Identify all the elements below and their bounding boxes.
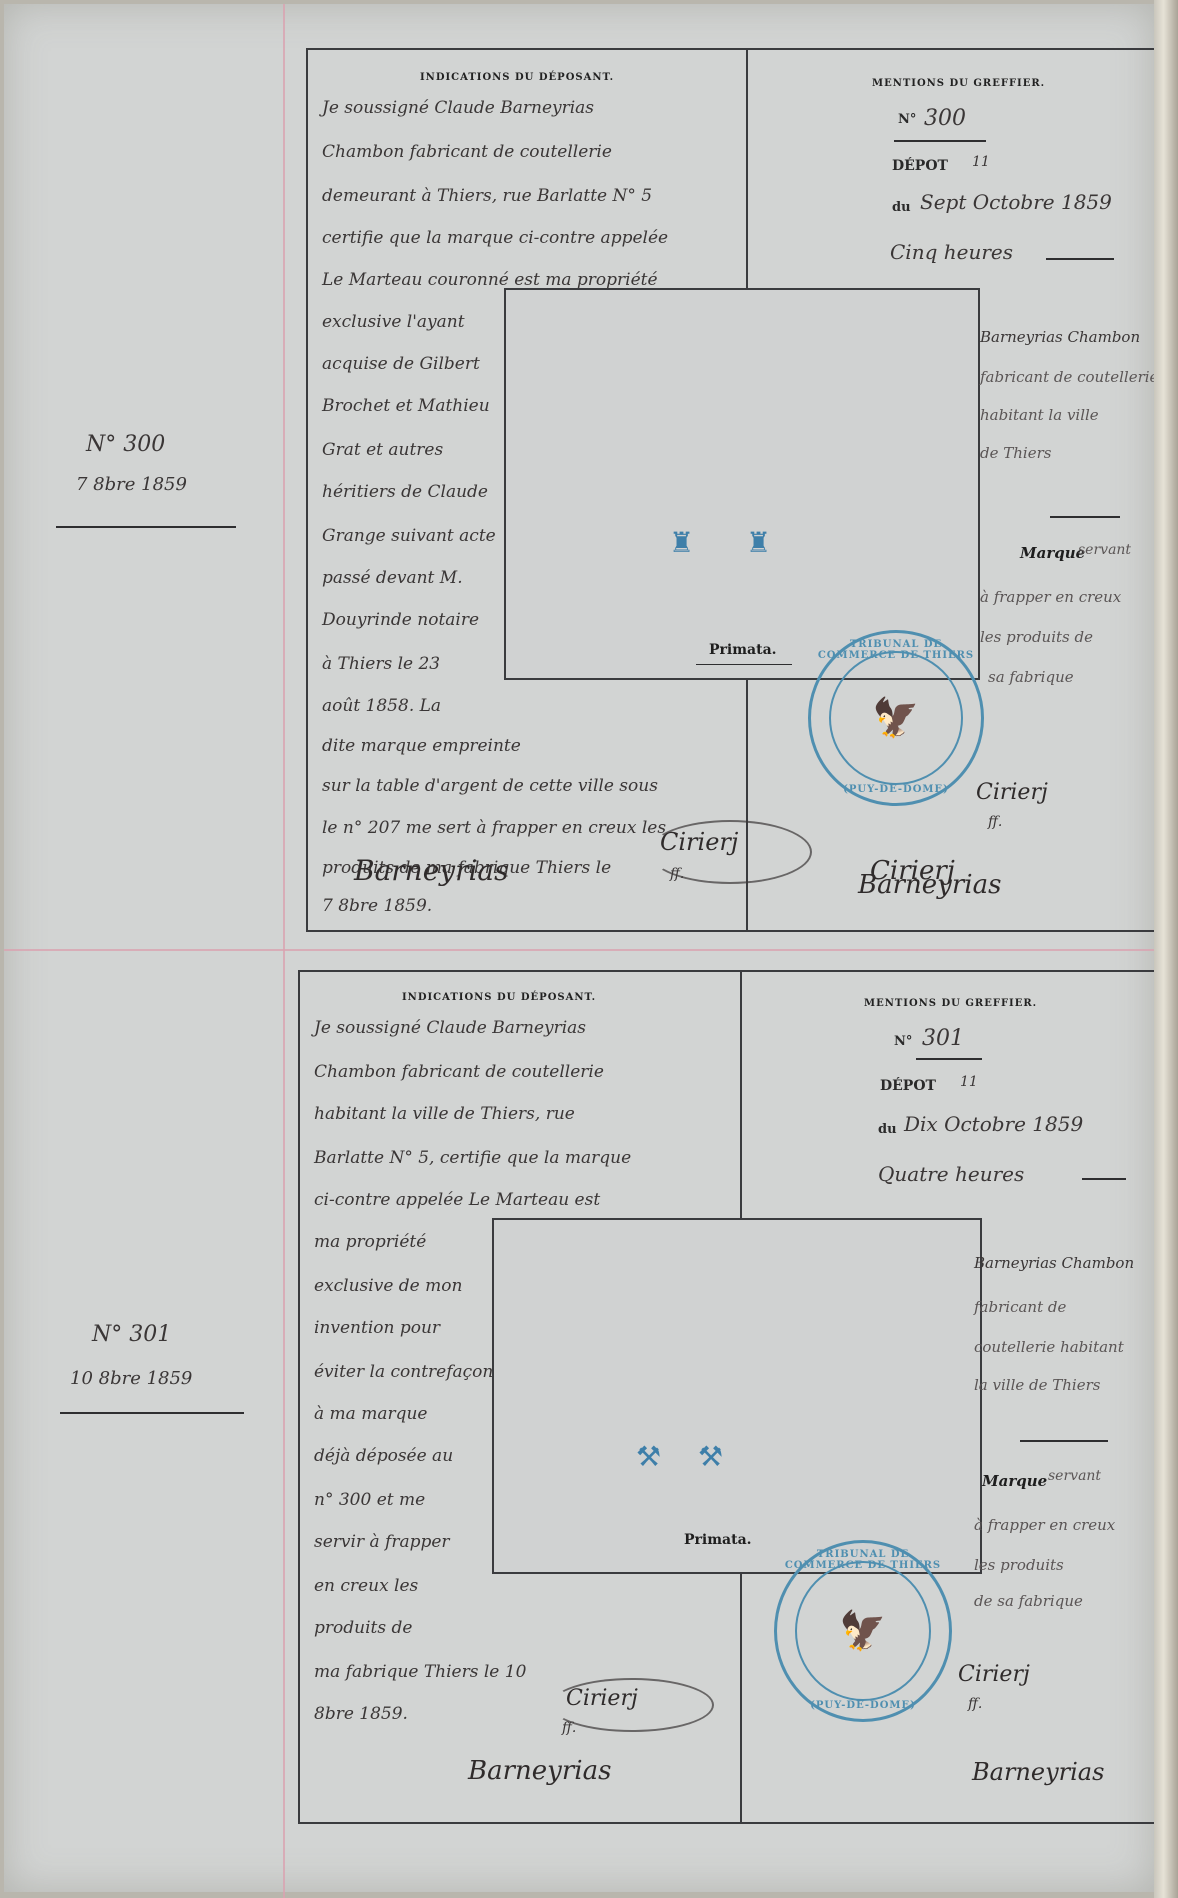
depositor-line: Grat et autres [322,440,443,460]
depositor-line: demeurant à Thiers, rue Barlatte N° 5 [322,186,652,206]
marque-line: servant [1078,542,1131,558]
crowned-hammer-mark-icon: ♜ [669,526,694,559]
clerk-line: fabricant de coutellerie [980,368,1158,386]
stamp-top-text: TRIBUNAL DE COMMERCE DE THIERS [811,639,981,661]
bottom-signature: Barneyrias [858,870,1001,900]
register-page: N° 300 7 8bre 1859 INDICATIONS DU DÉPOSA… [4,4,1154,1892]
depot-value: 11 [960,1074,978,1090]
bottom-signature: Barneyrias [972,1758,1104,1786]
number-value: 301 [922,1026,964,1051]
number-underline [894,140,986,142]
depositor-line: en creux les [314,1576,418,1596]
signature-flourish [550,1678,714,1732]
left-column-header: INDICATIONS DU DÉPOSANT. [420,72,614,83]
marque-line: sa fabrique [988,668,1074,686]
depositor-line: Grange suivant acte [322,526,496,546]
mark-box-caption: Primata. [684,1532,752,1548]
deposit-form: INDICATIONS DU DÉPOSANT. MENTIONS DU GRE… [298,970,1160,1824]
number-value: 300 [924,106,966,131]
number-label: N° [894,1034,912,1049]
depositor-line: passé devant M. [322,568,463,588]
right-column-header: MENTIONS DU GREFFIER. [872,78,1045,89]
marque-line: les produits [974,1556,1064,1574]
depositor-line: ma fabrique Thiers le 10 [314,1662,526,1682]
depositor-line: le n° 207 me sert à frapper en creux les [322,818,666,838]
clerk-divider [1020,1440,1108,1442]
clerk-line: la ville de Thiers [974,1376,1100,1394]
depositor-line: Chambon fabricant de coutellerie [314,1062,604,1082]
clerk-line: Barneyrias Chambon [980,328,1140,346]
depositor-line: Le Marteau couronné est ma propriété [322,270,658,290]
depositor-line: produits de [314,1618,412,1638]
clerk-signature-marque: Cirierj [976,780,1048,805]
margin-note-date: 10 8bre 1859 [70,1368,192,1389]
marque-line: de sa fabrique [974,1592,1083,1610]
depositor-line: certifie que la marque ci-contre appelée [322,228,668,248]
deposit-form: INDICATIONS DU DÉPOSANT. MENTIONS DU GRE… [306,48,1160,932]
caption-underline [696,664,792,665]
clerk-initials-right: ff. [988,814,1002,830]
depositor-line: dite marque empreinte [322,736,521,756]
margin-ruling-vertical [283,4,285,1898]
clerk-line: coutellerie habitant [974,1338,1124,1356]
depositor-line: Douyrinde notaire [322,610,479,630]
crowned-hammer-mark-icon: ♜ [746,526,771,559]
tribunal-stamp: TRIBUNAL DE COMMERCE DE THIERS 🦅 (PUY-DE… [774,1540,952,1722]
book-edge [1154,0,1178,1898]
depositor-line: acquise de Gilbert [322,354,480,374]
margin-note-number: N° 300 [86,432,165,457]
depositor-line: déjà déposée au [314,1446,453,1466]
hammer-mark-icon: ⚒ [698,1440,723,1473]
du-label: du [878,1122,897,1137]
depositor-line: à ma marque [314,1404,427,1424]
depositor-line: août 1858. La [322,696,441,716]
depositor-signature: Barneyrias [354,854,508,887]
date-value: Sept Octobre 1859 [920,190,1112,214]
clerk-signature-marque: Cirierj [958,1662,1030,1687]
depositor-line: Barlatte N° 5, certifie que la marque [314,1148,631,1168]
signature-flourish [648,820,812,884]
tribunal-stamp: TRIBUNAL DE COMMERCE DE THIERS 🦅 (PUY-DE… [808,630,984,806]
stamp-top-text: TRIBUNAL DE COMMERCE DE THIERS [777,1549,949,1571]
margin-ruling-horizontal [4,949,1178,951]
depositor-line: ma propriété [314,1232,426,1252]
depositor-line: Chambon fabricant de coutellerie [322,142,612,162]
depositor-line: Je soussigné Claude Barneyrias [314,1018,586,1038]
margin-note-underline [56,526,236,528]
clerk-line: Barneyrias Chambon [974,1254,1134,1272]
mark-box: ♜ ♜ Primata. [504,288,980,680]
left-column-header: INDICATIONS DU DÉPOSANT. [402,992,596,1003]
margin-note-number: N° 301 [92,1322,171,1347]
hour-underline [1082,1178,1126,1180]
depositor-line: à Thiers le 23 [322,654,440,674]
number-underline [916,1058,982,1060]
hour-value: Quatre heures [878,1162,1024,1186]
marque-line: servant [1048,1468,1101,1484]
marque-line: à frapper en creux [980,588,1121,606]
depot-label: DÉPOT [880,1078,936,1094]
margin-note-underline [60,1412,244,1414]
depositor-line: invention pour [314,1318,440,1338]
clerk-initials-right: ff. [968,1696,982,1712]
depot-label: DÉPOT [892,158,948,174]
hammer-mark-icon: ⚒ [636,1440,661,1473]
marque-line: à frapper en creux [974,1516,1115,1534]
depositor-line: sur la table d'argent de cette ville sou… [322,776,658,796]
marque-label: Marque [1020,544,1085,562]
depositor-line: Brochet et Mathieu [322,396,490,416]
depositor-line: éviter la contrefaçon [314,1362,493,1382]
number-label: N° [898,112,916,127]
eagle-icon: 🦅 [872,696,919,741]
hour-underline [1046,258,1114,260]
hour-value: Cinq heures [890,240,1013,264]
clerk-line: de Thiers [980,444,1051,462]
du-label: du [892,200,911,215]
depositor-signature: Barneyrias [468,1756,611,1786]
depositor-line: Je soussigné Claude Barneyrias [322,98,594,118]
depositor-line: n° 300 et me [314,1490,425,1510]
stamp-bottom-text: (PUY-DE-DOME) [811,784,981,795]
depositor-line: héritiers de Claude [322,482,488,502]
clerk-line: fabricant de [974,1298,1066,1316]
depositor-line: ci-contre appelée Le Marteau est [314,1190,600,1210]
stamp-bottom-text: (PUY-DE-DOME) [777,1700,949,1711]
depositor-line: habitant la ville de Thiers, rue [314,1104,575,1124]
depositor-line: exclusive l'ayant [322,312,465,332]
depositor-line: servir à frapper [314,1532,450,1552]
depositor-line: exclusive de mon [314,1276,462,1296]
right-column-header: MENTIONS DU GREFFIER. [864,998,1037,1009]
depositor-line: 8bre 1859. [314,1704,408,1724]
clerk-line: habitant la ville [980,406,1099,424]
mark-box: ⚒ ⚒ Primata. [492,1218,982,1574]
marque-label: Marque [982,1472,1047,1490]
eagle-icon: 🦅 [839,1609,886,1654]
mark-box-caption: Primata. [709,642,777,658]
depositor-line: 7 8bre 1859. [322,896,432,916]
clerk-divider [1050,516,1120,518]
depot-value: 11 [972,154,990,170]
date-value: Dix Octobre 1859 [904,1112,1083,1136]
margin-note-date: 7 8bre 1859 [76,474,187,495]
marque-line: les produits de [980,628,1093,646]
